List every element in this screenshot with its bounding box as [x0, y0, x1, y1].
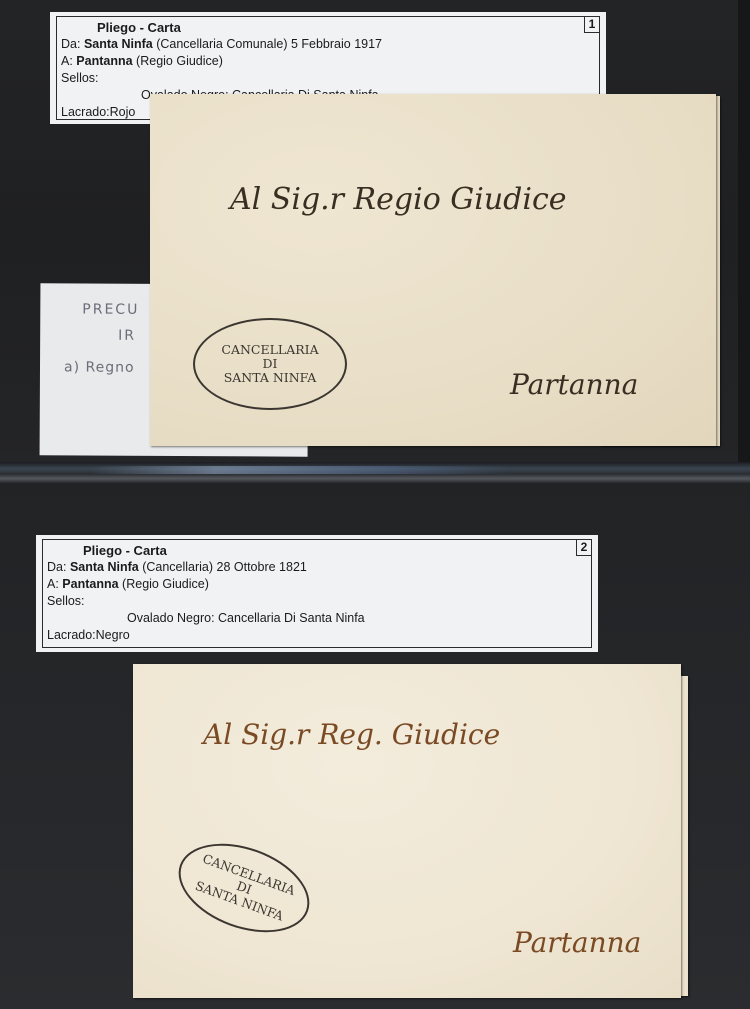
from-prefix: Da:	[47, 560, 66, 574]
lot-number: 1	[584, 16, 600, 33]
from-detail: (Cancellaria Comunale) 5 Febbraio 1917	[156, 37, 382, 51]
label-stamps-detail: Ovalado Negro: Cancellaria Di Santa Ninf…	[47, 610, 587, 627]
from-place: Santa Ninfa	[70, 560, 139, 574]
to-detail: (Regio Giudice)	[136, 54, 223, 68]
from-detail: (Cancellaria) 28 Ottobre 1821	[142, 560, 307, 574]
label-seal: Lacrado:Negro	[47, 627, 587, 644]
cachet-line: DI	[263, 357, 278, 371]
letter-1-destination: Partanna	[510, 368, 638, 401]
to-prefix: A:	[47, 577, 59, 591]
label-title: Pliego - Carta	[47, 542, 587, 559]
letter-2: Al Sig.r Reg. Giudice Partanna	[133, 664, 681, 998]
label-from: Da: Santa Ninfa (Cancellaria Comunale) 5…	[61, 36, 595, 53]
from-prefix: Da:	[61, 37, 80, 51]
to-prefix: A:	[61, 54, 73, 68]
note-line-2: IR	[118, 328, 136, 344]
to-place: Pantanna	[62, 577, 118, 591]
to-place: Pantanna	[76, 54, 132, 68]
cachet-line: SANTA NINFA	[224, 371, 317, 385]
letter-1-address: Al Sig.r Regio Giudice	[230, 182, 567, 217]
label-stamps: Sellos:	[61, 70, 595, 87]
label-frame: 2 Pliego - Carta Da: Santa Ninfa (Cancel…	[42, 539, 592, 648]
letter-2-address: Al Sig.r Reg. Giudice	[203, 718, 500, 751]
label-stamps: Sellos:	[47, 593, 587, 610]
letter-2-destination: Partanna	[513, 926, 641, 959]
from-place: Santa Ninfa	[84, 37, 153, 51]
label-title: Pliego - Carta	[61, 19, 595, 36]
note-line-3: a) Regno	[64, 359, 135, 375]
note-line-1: PRECU	[82, 302, 139, 318]
label-to: A: Pantanna (Regio Giudice)	[47, 576, 587, 593]
description-label-2: 2 Pliego - Carta Da: Santa Ninfa (Cancel…	[36, 535, 598, 652]
to-detail: (Regio Giudice)	[122, 577, 209, 591]
sleeve-reflection	[90, 466, 510, 474]
label-to: A: Pantanna (Regio Giudice)	[61, 53, 595, 70]
label-from: Da: Santa Ninfa (Cancellaria) 28 Ottobre…	[47, 559, 587, 576]
cachet-line: CANCELLARIA	[221, 343, 318, 357]
lot-number: 2	[576, 539, 592, 556]
cachet-oval-stamp-1: CANCELLARIA DI SANTA NINFA	[193, 318, 347, 410]
